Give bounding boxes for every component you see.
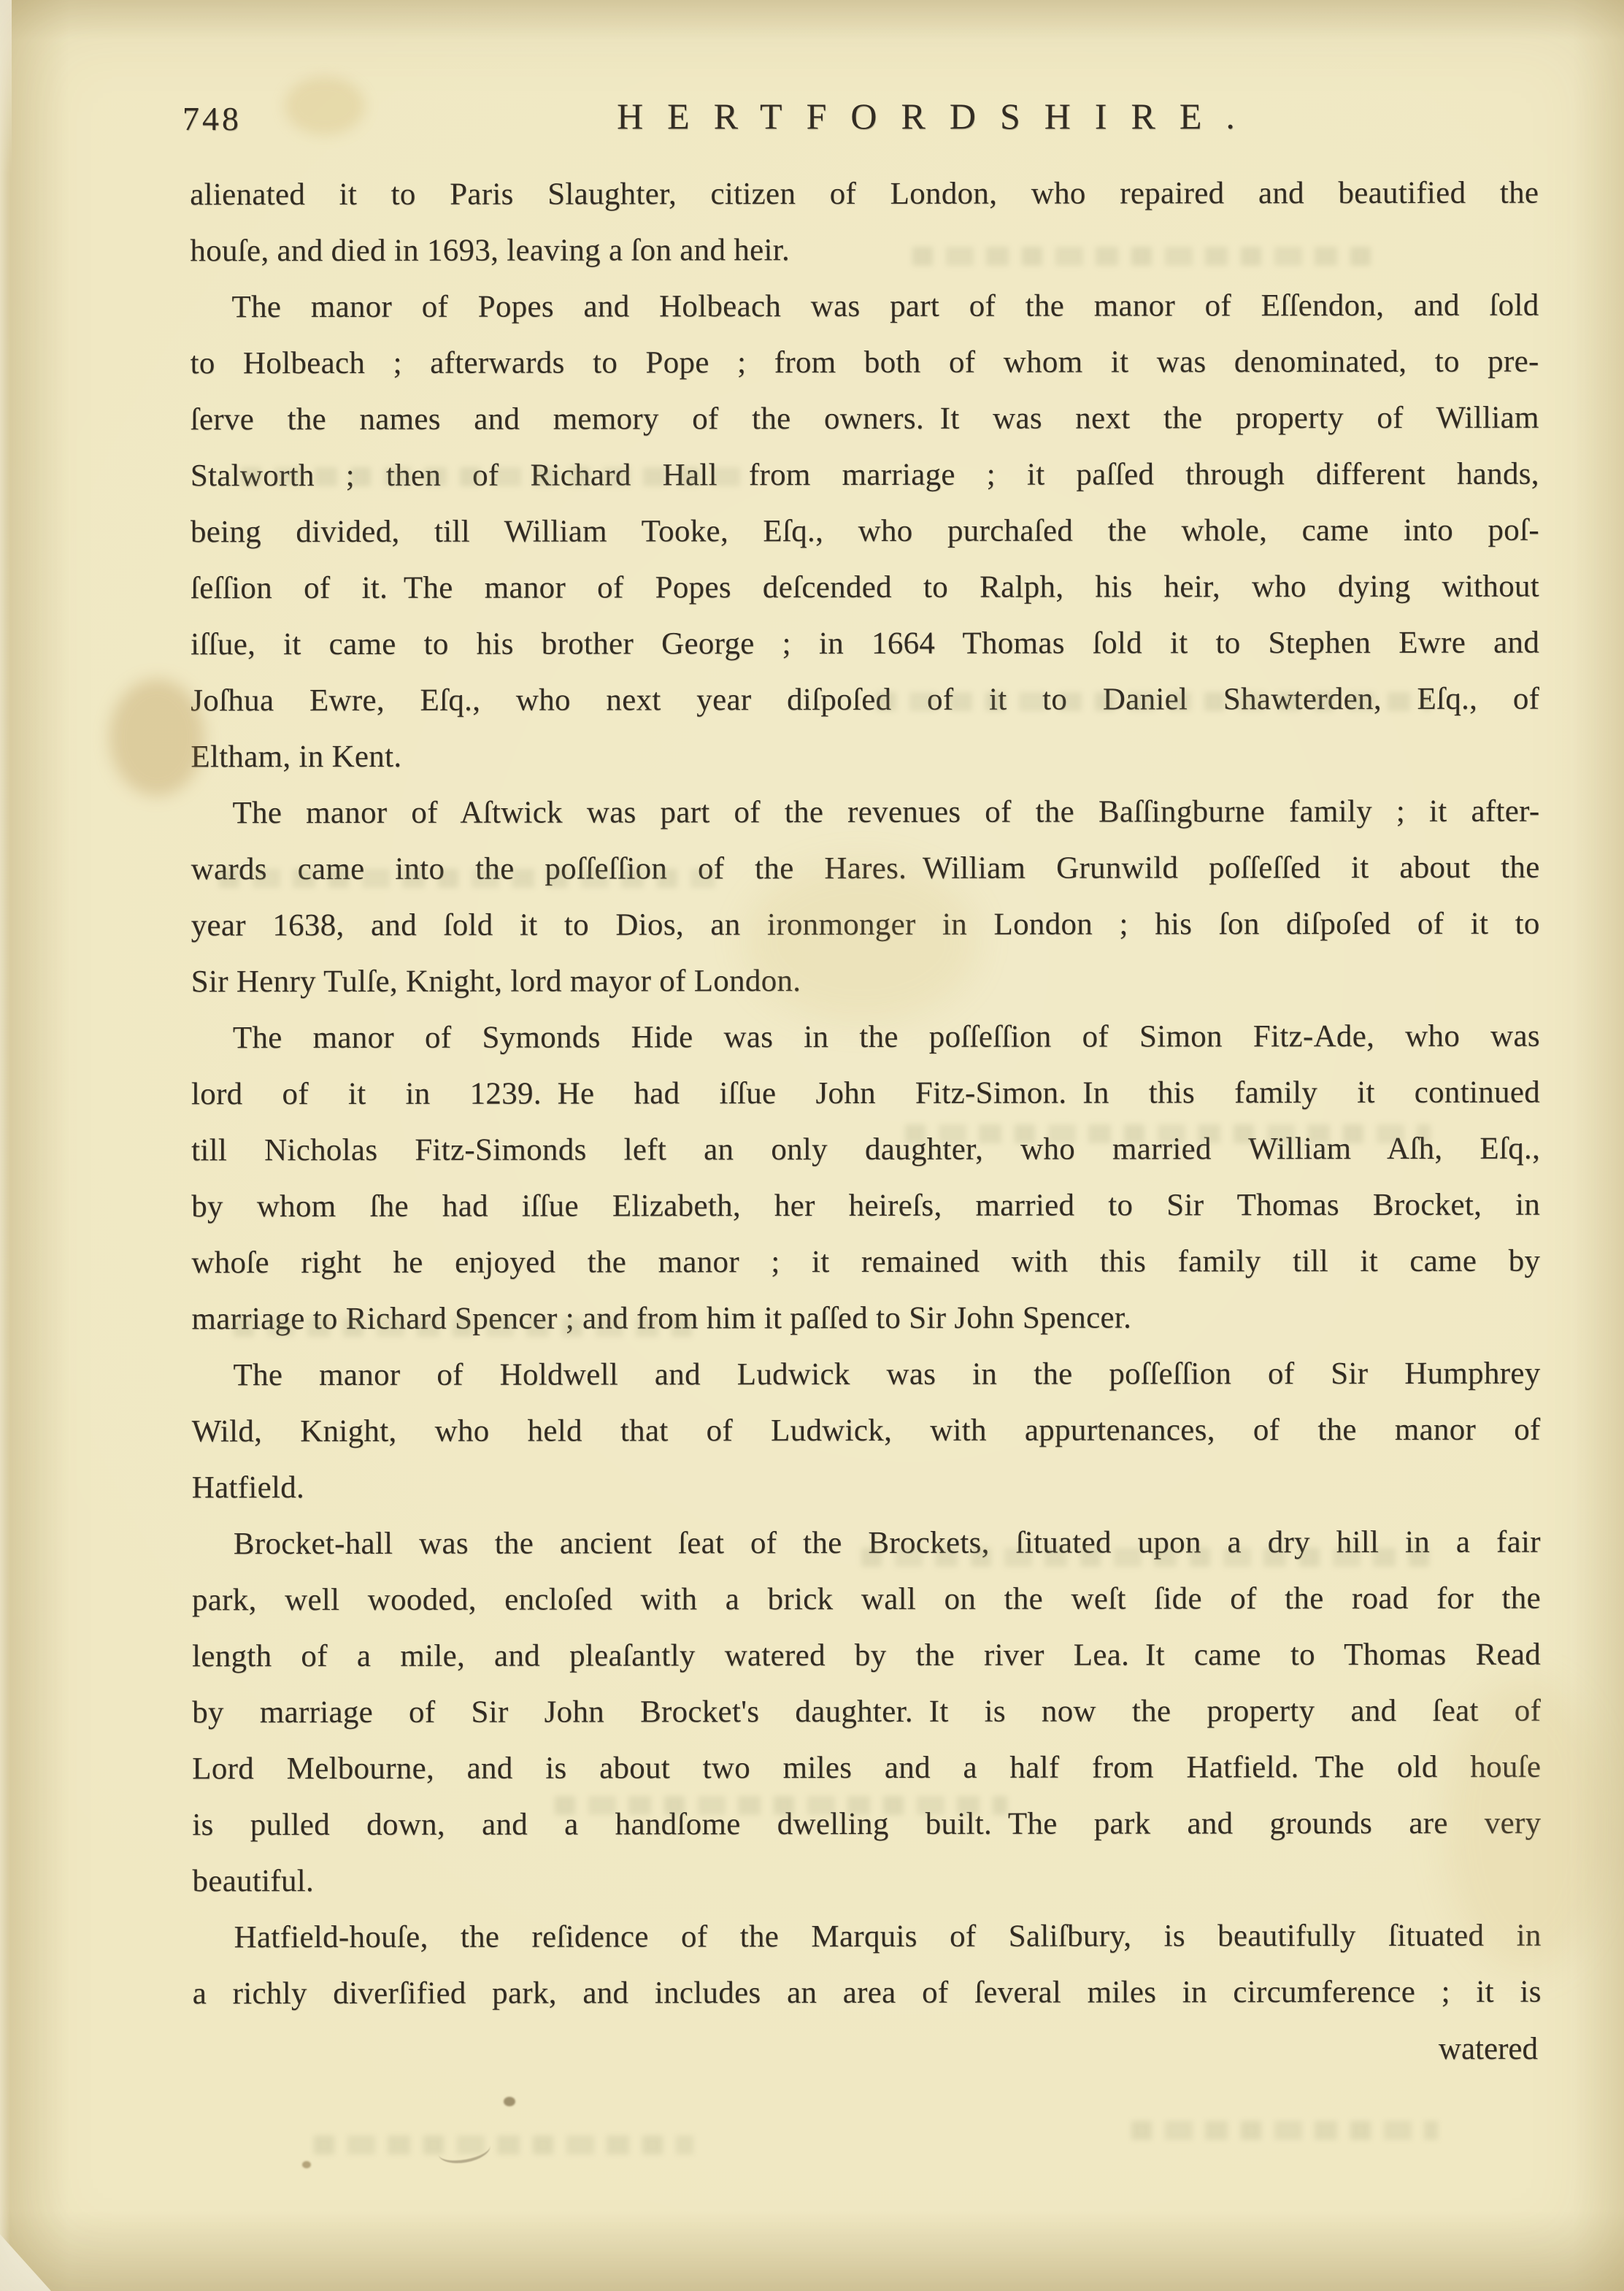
text-line: beautiful. xyxy=(192,1851,1541,1910)
text-line: The manor of Popes and Holbeach was part… xyxy=(190,277,1539,336)
text-line: is pulled down, and a handſome dwelling … xyxy=(192,1795,1541,1854)
text-line: houſe, and died in 1693, leaving a ſon a… xyxy=(190,221,1539,280)
text-line: The manor of Aſtwick was part of the rev… xyxy=(191,783,1539,842)
text-line: alienated it to Paris Slaughter, citizen… xyxy=(190,165,1539,223)
text-line: marriage to Richard Spencer ; and from h… xyxy=(191,1289,1540,1348)
catchword: watered xyxy=(1439,2021,1538,2077)
text-line: a richly diverſified park, and includes … xyxy=(193,1964,1542,2022)
text-line: iſſue, it came to his brother George ; i… xyxy=(191,615,1539,673)
text-line: The manor of Symonds Hide was in the poſ… xyxy=(191,1008,1540,1067)
text-line: park, well wooded, encloſed with a brick… xyxy=(192,1570,1541,1629)
page-number: 748 xyxy=(182,99,242,138)
text-line: Sir Henry Tulſe, Knight, lord mayor of L… xyxy=(191,952,1540,1010)
book-page-scan: 748 HERTFORDSHIRE. alienated it to Paris… xyxy=(0,0,1624,2291)
foxing-stain xyxy=(285,77,365,135)
text-line: Wild, Knight, who held that of Ludwick, … xyxy=(192,1402,1541,1460)
bleedthrough-smudge xyxy=(314,2135,693,2154)
foxing-stain xyxy=(504,2097,515,2106)
text-line: year 1638, and ſold it to Dios, an ironm… xyxy=(191,896,1540,954)
pencil-mark xyxy=(436,2133,493,2167)
text-line: Eltham, in Kent. xyxy=(191,727,1539,786)
text-line: Brocket-hall was the ancient ſeat of the… xyxy=(192,1514,1541,1573)
text-line: whoſe right he enjoyed the manor ; it re… xyxy=(191,1233,1540,1292)
text-line: till Nicholas Fitz-Simonds left an only … xyxy=(191,1121,1540,1179)
text-line: The manor of Holdwell and Ludwick was in… xyxy=(191,1346,1540,1404)
body-text: alienated it to Paris Slaughter, citizen… xyxy=(190,165,1542,2022)
text-line: ſeſſion of it. The manor of Popes deſcen… xyxy=(191,559,1539,617)
text-line: Hatfield. xyxy=(192,1458,1541,1516)
bleedthrough-smudge xyxy=(1131,2121,1438,2140)
text-line: to Holbeach ; afterwards to Pope ; from … xyxy=(191,334,1539,392)
page-edge-highlight xyxy=(0,0,12,175)
text-line: Joſhua Ewre, Eſq., who next year diſpoſe… xyxy=(191,671,1539,729)
text-line: being divided, till William Tooke, Eſq.,… xyxy=(191,502,1539,561)
text-line: length of a mile, and pleaſantly watered… xyxy=(192,1627,1541,1685)
text-line: wards came into the poſſeſſion of the Ha… xyxy=(191,840,1540,898)
text-line: Hatfield-houſe, the reſidence of the Mar… xyxy=(193,1908,1542,1966)
text-line: Stalworth ; then of Richard Hall from ma… xyxy=(191,446,1539,504)
foxing-stain xyxy=(302,2161,311,2168)
text-line: ſerve the names and memory of the owners… xyxy=(191,390,1539,448)
text-line: Lord Melbourne, and is about two miles a… xyxy=(192,1739,1541,1797)
text-line: lord of it in 1239. He had iſſue John Fi… xyxy=(191,1064,1540,1123)
text-line: by marriage of Sir John Brocket's daught… xyxy=(192,1683,1541,1741)
text-line: by whom ſhe had iſſue Elizabeth, her hei… xyxy=(191,1177,1540,1235)
running-head-title: HERTFORDSHIRE. xyxy=(617,95,1259,137)
page-corner xyxy=(0,2222,51,2291)
